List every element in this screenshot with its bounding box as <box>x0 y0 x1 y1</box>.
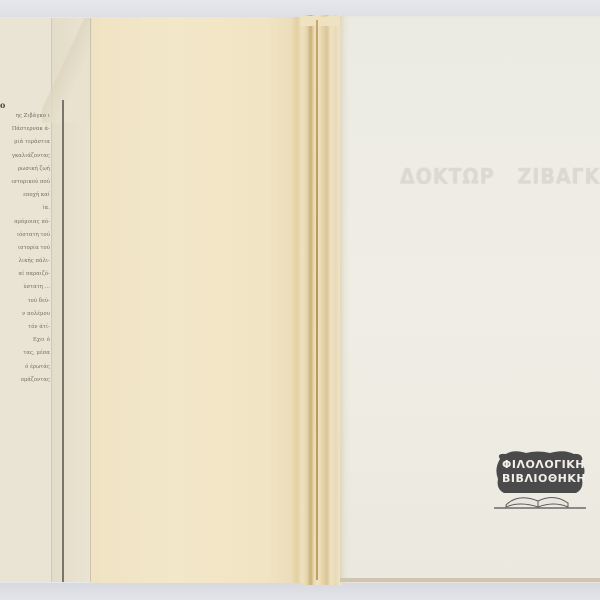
flap-text-line: εποχή καί <box>0 189 50 202</box>
stamp-text-line-1: ΦΙΛΟΛΟΓΙΚΗ <box>502 458 582 471</box>
flap-text-line: ό έρωτάς <box>0 361 50 374</box>
flap-text-line: ν πολέμου <box>0 308 50 321</box>
flap-heading: o <box>0 100 5 110</box>
background-bottom <box>0 583 600 600</box>
flap-text-line: ύστατη ... <box>0 281 50 294</box>
flap-text-line: τού δεύ- <box>0 295 50 308</box>
inner-cover-edge <box>292 17 302 583</box>
flap-text-line: ία. <box>0 202 50 215</box>
flap-text-line: Εχει ό <box>0 334 50 347</box>
spine-crack-stain <box>316 20 318 580</box>
open-book-icon <box>494 497 586 508</box>
title-word-2: ΖΙΒΑΓΚΟ <box>517 165 600 189</box>
flap-crease <box>90 18 91 582</box>
flap-text-line: μιά τεράστια <box>0 136 50 149</box>
flap-text-line: Πάστερνακ ά- <box>0 123 50 136</box>
book-title: ΔΟΚΤΩΡ ΖΙΒΑΓΚΟ <box>400 165 600 189</box>
flap-text-line: αρόμοιας πό- <box>0 216 50 229</box>
stamp-text-line-2: ΒΙΒΛΙΟΘΗΚΗ <box>502 472 582 485</box>
title-page-edge <box>340 578 600 582</box>
flap-text-line: ομάζοντας <box>0 374 50 387</box>
flap-text-line: λικής πάλι- <box>0 255 50 268</box>
flap-text-line: ιόστατη τού <box>0 229 50 242</box>
flap-text-line: τας, μέσα <box>0 347 50 360</box>
flap-text-line: αί παραιζό- <box>0 268 50 281</box>
flap-text-line: ης Ζιβάγκο ι <box>0 110 50 123</box>
flap-text-line: ρωσική ζωή <box>0 163 50 176</box>
flap-text-line: ιστορικού πού <box>0 176 50 189</box>
book-photo: o ης Ζιβάγκο ι Πάστερνακ ά- μιά τεράστια… <box>0 0 600 600</box>
title-word-1: ΔΟΚΤΩΡ <box>400 165 495 189</box>
inner-cover-board <box>92 17 298 583</box>
flap-text-line: γκαλιάζοντας <box>0 150 50 163</box>
flap-blurb-text: ης Ζιβάγκο ι Πάστερνακ ά- μιά τεράστια γ… <box>0 110 50 387</box>
flap-text-line: τόν άτί- <box>0 321 50 334</box>
page-block-spine <box>302 15 342 585</box>
flap-text-line: ιστορία τού <box>0 242 50 255</box>
library-stamp: ΦΙΛΟΛΟΓΙΚΗ ΒΙΒΛΙΟΘΗΚΗ <box>492 449 588 511</box>
flap-edge-line <box>62 100 64 582</box>
